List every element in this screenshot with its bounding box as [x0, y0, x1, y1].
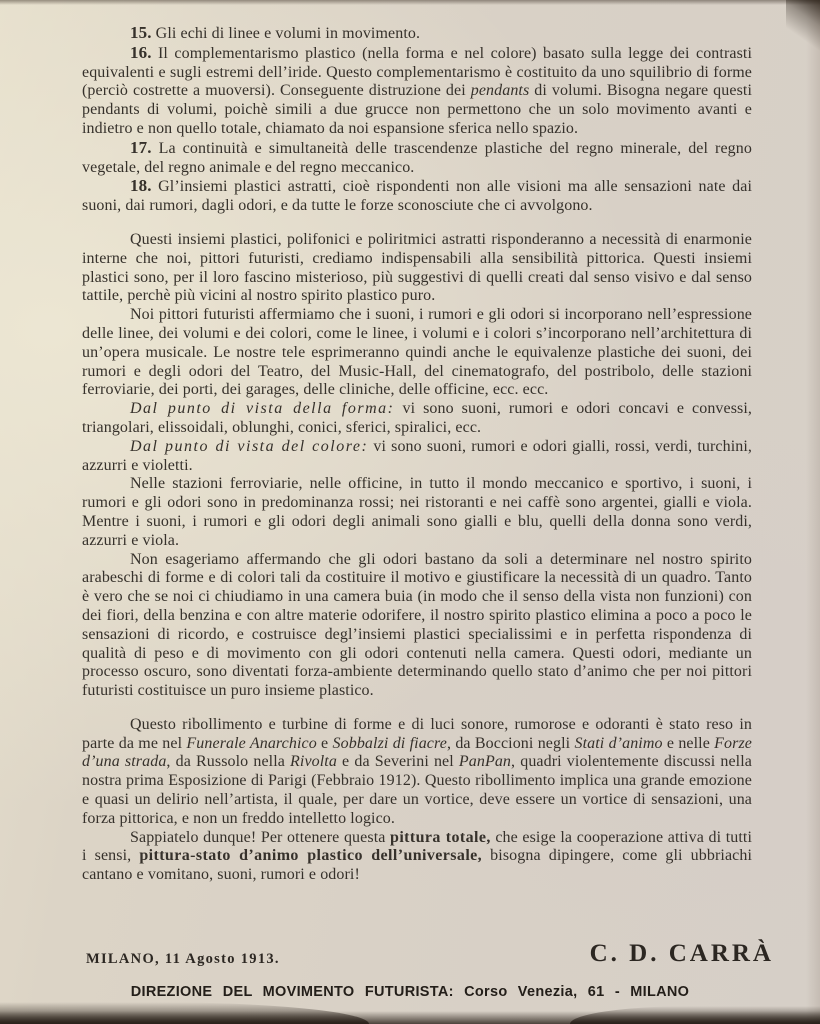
italic-title-panpan: PanPan	[459, 753, 511, 770]
paragraph-item-17: 17. La continuità e simultaneità delle t…	[82, 139, 752, 178]
scan-shadow-top-right	[786, 0, 820, 52]
body-text: 15. Gli echi di linee e volumi in movime…	[82, 24, 752, 885]
item-number: 17.	[130, 138, 152, 157]
paragraph-text: Noi pittori futuristi affermiamo che i s…	[82, 306, 752, 398]
italic-title-funerale-anarchico: Funerale Anarchico	[186, 735, 316, 752]
italic-lead-forma: Dal punto di vista della forma:	[130, 400, 395, 417]
paragraph-text: Non esageriamo affermando che gli odori …	[82, 551, 752, 700]
item-text: La continuità e simultaneità delle trasc…	[82, 140, 752, 176]
italic-title-rivolta: Rivolta	[290, 753, 337, 770]
paragraph-item-16: 16. Il complementarismo plastico (nella …	[82, 44, 752, 139]
paragraph-item-15: 15. Gli echi di linee e volumi in movime…	[82, 24, 752, 44]
paragraph-non-esageriamo: Non esageriamo affermando che gli odori …	[82, 551, 752, 701]
bold-phrase-pittura-stato-danimo: pittura-stato d’animo plastico dell’univ…	[139, 847, 482, 864]
manifesto-page: 15. Gli echi di linee e volumi in movime…	[0, 0, 820, 1024]
paragraph-text: Nelle stazioni ferroviarie, nelle offici…	[82, 475, 752, 548]
paragraph-text: e nelle	[663, 735, 715, 752]
italic-lead-colore: Dal punto di vista del colore:	[130, 438, 368, 455]
paragraph-item-18: 18. Gl’insiemi plastici astratti, cioè r…	[82, 177, 752, 216]
scan-shadow-bottom	[0, 1011, 820, 1024]
scan-shadow-bottom-left	[0, 1002, 369, 1024]
item-number: 15.	[130, 23, 152, 42]
item-number: 18.	[130, 176, 152, 195]
paragraph-punto-di-vista-colore: Dal punto di vista del colore: vi sono s…	[82, 438, 752, 476]
paragraph-text: Questi insiemi plastici, polifonici e po…	[82, 231, 752, 304]
paragraph-sappiatelo: Sappiatelo dunque! Per ottenere questa p…	[82, 829, 752, 885]
paragraph-text: e da Severini nel	[337, 753, 459, 770]
paragraph-text: , da Russolo nella	[166, 753, 290, 770]
address-line: DIREZIONE DEL MOVIMENTO FUTURISTA: Corso…	[0, 984, 820, 1000]
paragraph-text: Sappiatelo dunque! Per ottenere questa	[130, 829, 390, 846]
paragraph-noi-pittori: Noi pittori futuristi affermiamo che i s…	[82, 306, 752, 400]
paragraph-text: , da Boccioni negli	[447, 735, 575, 752]
scan-shadow-top	[0, 0, 820, 5]
item-number: 16.	[130, 43, 152, 62]
paragraph-punto-di-vista-forma: Dal punto di vista della forma: vi sono …	[82, 400, 752, 438]
paragraph-insiemi-plastici: Questi insiemi plastici, polifonici e po…	[82, 231, 752, 306]
paragraph-stazioni-ferroviarie: Nelle stazioni ferroviarie, nelle offici…	[82, 475, 752, 550]
italic-title-stati-danimo: Stati d’animo	[574, 735, 662, 752]
signature: C. D. CARRÀ	[590, 940, 774, 968]
scan-shadow-bottom-right	[570, 1006, 820, 1024]
bold-phrase-pittura-totale: pittura totale,	[390, 829, 491, 846]
paragraph-text: e	[317, 735, 333, 752]
italic-title-sobbalzi-di-fiacre: Sobbalzi di fiacre	[333, 735, 447, 752]
paragraph-ribollimento: Questo ribollimento e turbine di forme e…	[82, 716, 752, 829]
item-text: Gli echi di linee e volumi in movimento.	[152, 25, 421, 42]
item-text: Gl’insiemi plastici astratti, cioè rispo…	[82, 178, 752, 214]
italic-term-pendants: pendants	[471, 82, 530, 99]
scan-shadow-right	[806, 0, 820, 1024]
dateline: MILANO, 11 Agosto 1913.	[86, 951, 280, 968]
